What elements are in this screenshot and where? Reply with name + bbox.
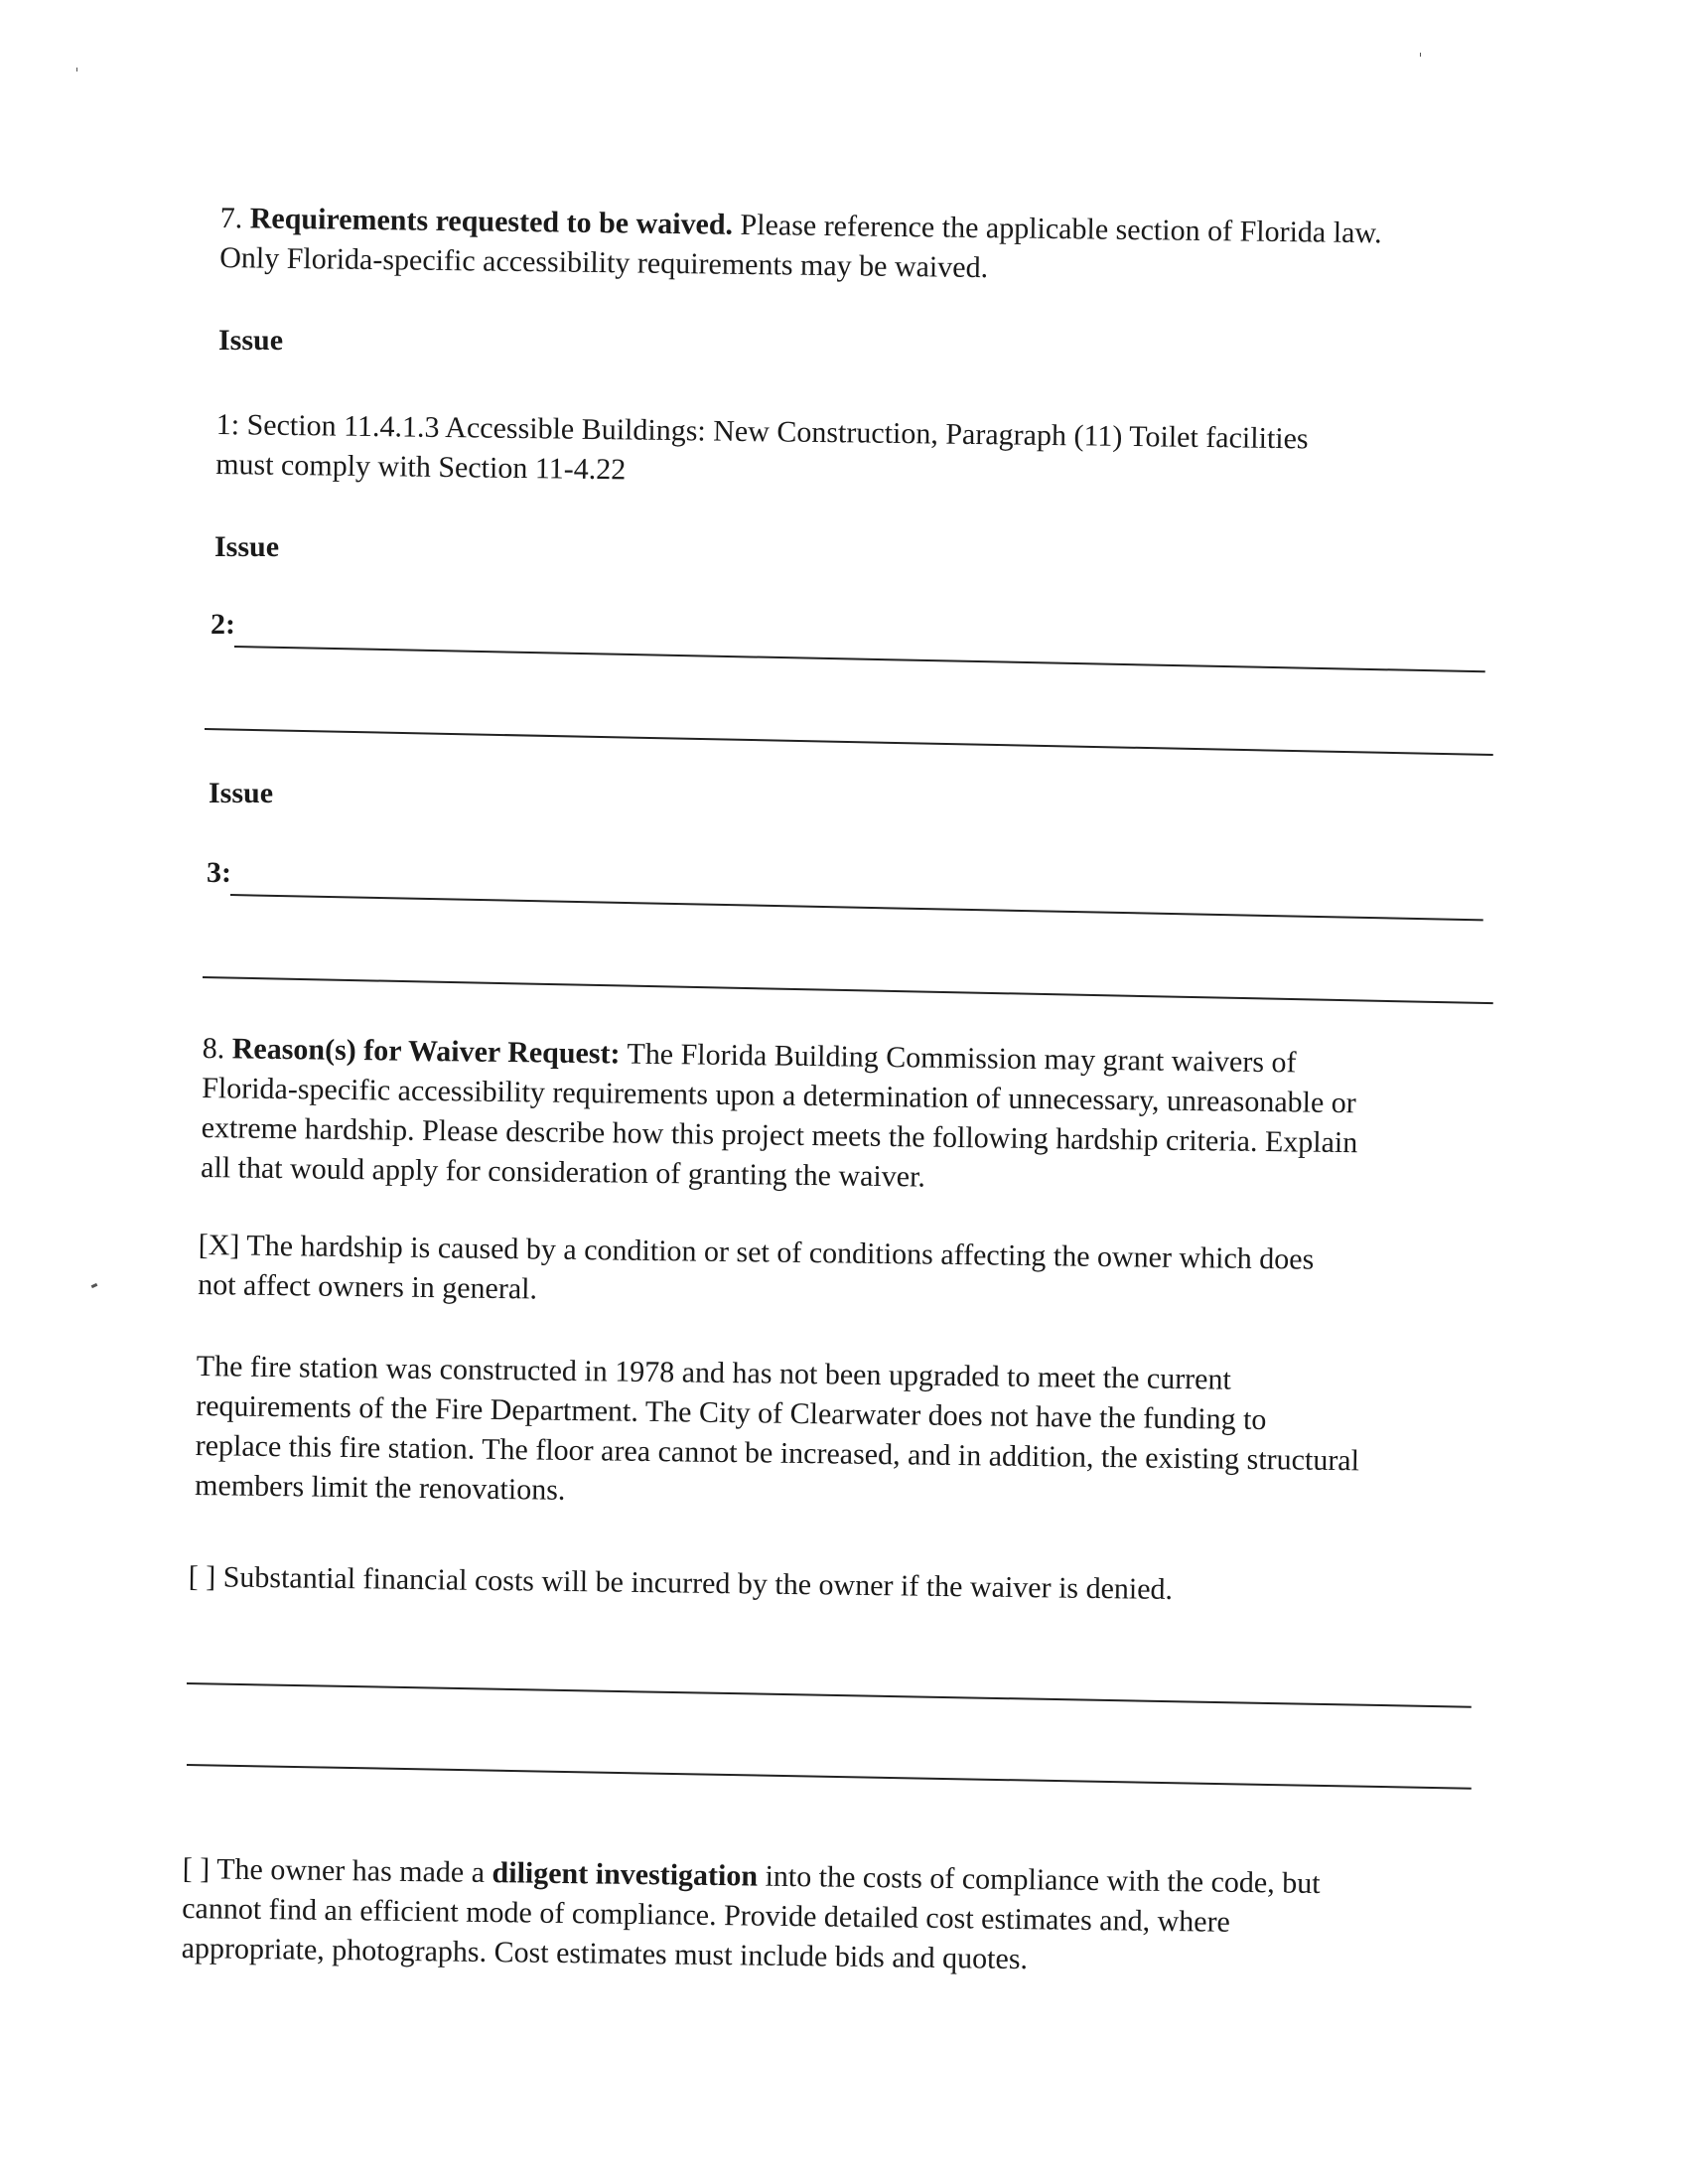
scan-speck (1420, 53, 1421, 57)
scan-speck (76, 68, 77, 72)
issue-3-field-2[interactable] (207, 944, 1491, 1003)
issue-3-number: 3: (207, 856, 231, 890)
issue-3-label: Issue (209, 777, 273, 810)
issue-1-text: 1: Section 11.4.1.3 Accessible Buildings… (215, 405, 1529, 502)
criterion-2-checkbox[interactable]: [ ] (189, 1560, 216, 1593)
section-7-intro: 7. Requirements requested to be waived. … (219, 199, 1529, 295)
criterion-2: [ ] Substantial financial costs will be … (188, 1557, 1498, 1614)
section-8-intro-text: The Florida Building Commission may gran… (627, 1038, 1296, 1080)
criterion-1: [X] The hardship is caused by a conditio… (198, 1226, 1509, 1322)
criterion-2-field-1[interactable] (191, 1649, 1472, 1706)
issue-1-number: 1: (216, 408, 240, 441)
issue-3-field-1[interactable] (234, 860, 1479, 919)
issue-2-field-1[interactable] (238, 614, 1483, 672)
issue-2-number: 2: (211, 608, 235, 642)
section-8-intro: 8. Reason(s) for Waiver Request: The Flo… (201, 1029, 1515, 1205)
criterion-3: [ ] The owner has made a diligent invest… (181, 1849, 1494, 1985)
criterion-3-text-after: into the costs of compliance with the co… (765, 1860, 1320, 1900)
issue-2-label: Issue (214, 530, 279, 564)
criterion-3-checkbox[interactable]: [ ] (183, 1852, 211, 1885)
section-8-heading: Reason(s) for Waiver Request: (232, 1032, 621, 1070)
criterion-1-explanation: The fire station was constructed in 1978… (195, 1347, 1507, 1523)
criterion-1-checkbox[interactable]: [X] (199, 1229, 240, 1262)
criterion-2-field-2[interactable] (191, 1730, 1472, 1788)
issue-2-field-2[interactable] (209, 695, 1493, 755)
criterion-2-text: Substantial financial costs will be incu… (223, 1560, 1174, 1606)
criterion-2-line1: [ ] Substantial financial costs will be … (188, 1557, 1498, 1614)
form-page: 7. Requirements requested to be waived. … (0, 0, 1688, 2184)
criterion-3-bold-text: diligent investigation (492, 1856, 758, 1892)
criterion-3-text-before: The owner has made a (216, 1852, 485, 1889)
issue-1-label: Issue (218, 324, 283, 358)
section-7-number: 7. (220, 202, 243, 234)
section-7-intro-text: Please reference the applicable section … (740, 209, 1381, 249)
section-7-heading: Requirements requested to be waived. (250, 202, 734, 240)
section-8-number: 8. (203, 1032, 225, 1065)
scan-speck (91, 1283, 98, 1288)
